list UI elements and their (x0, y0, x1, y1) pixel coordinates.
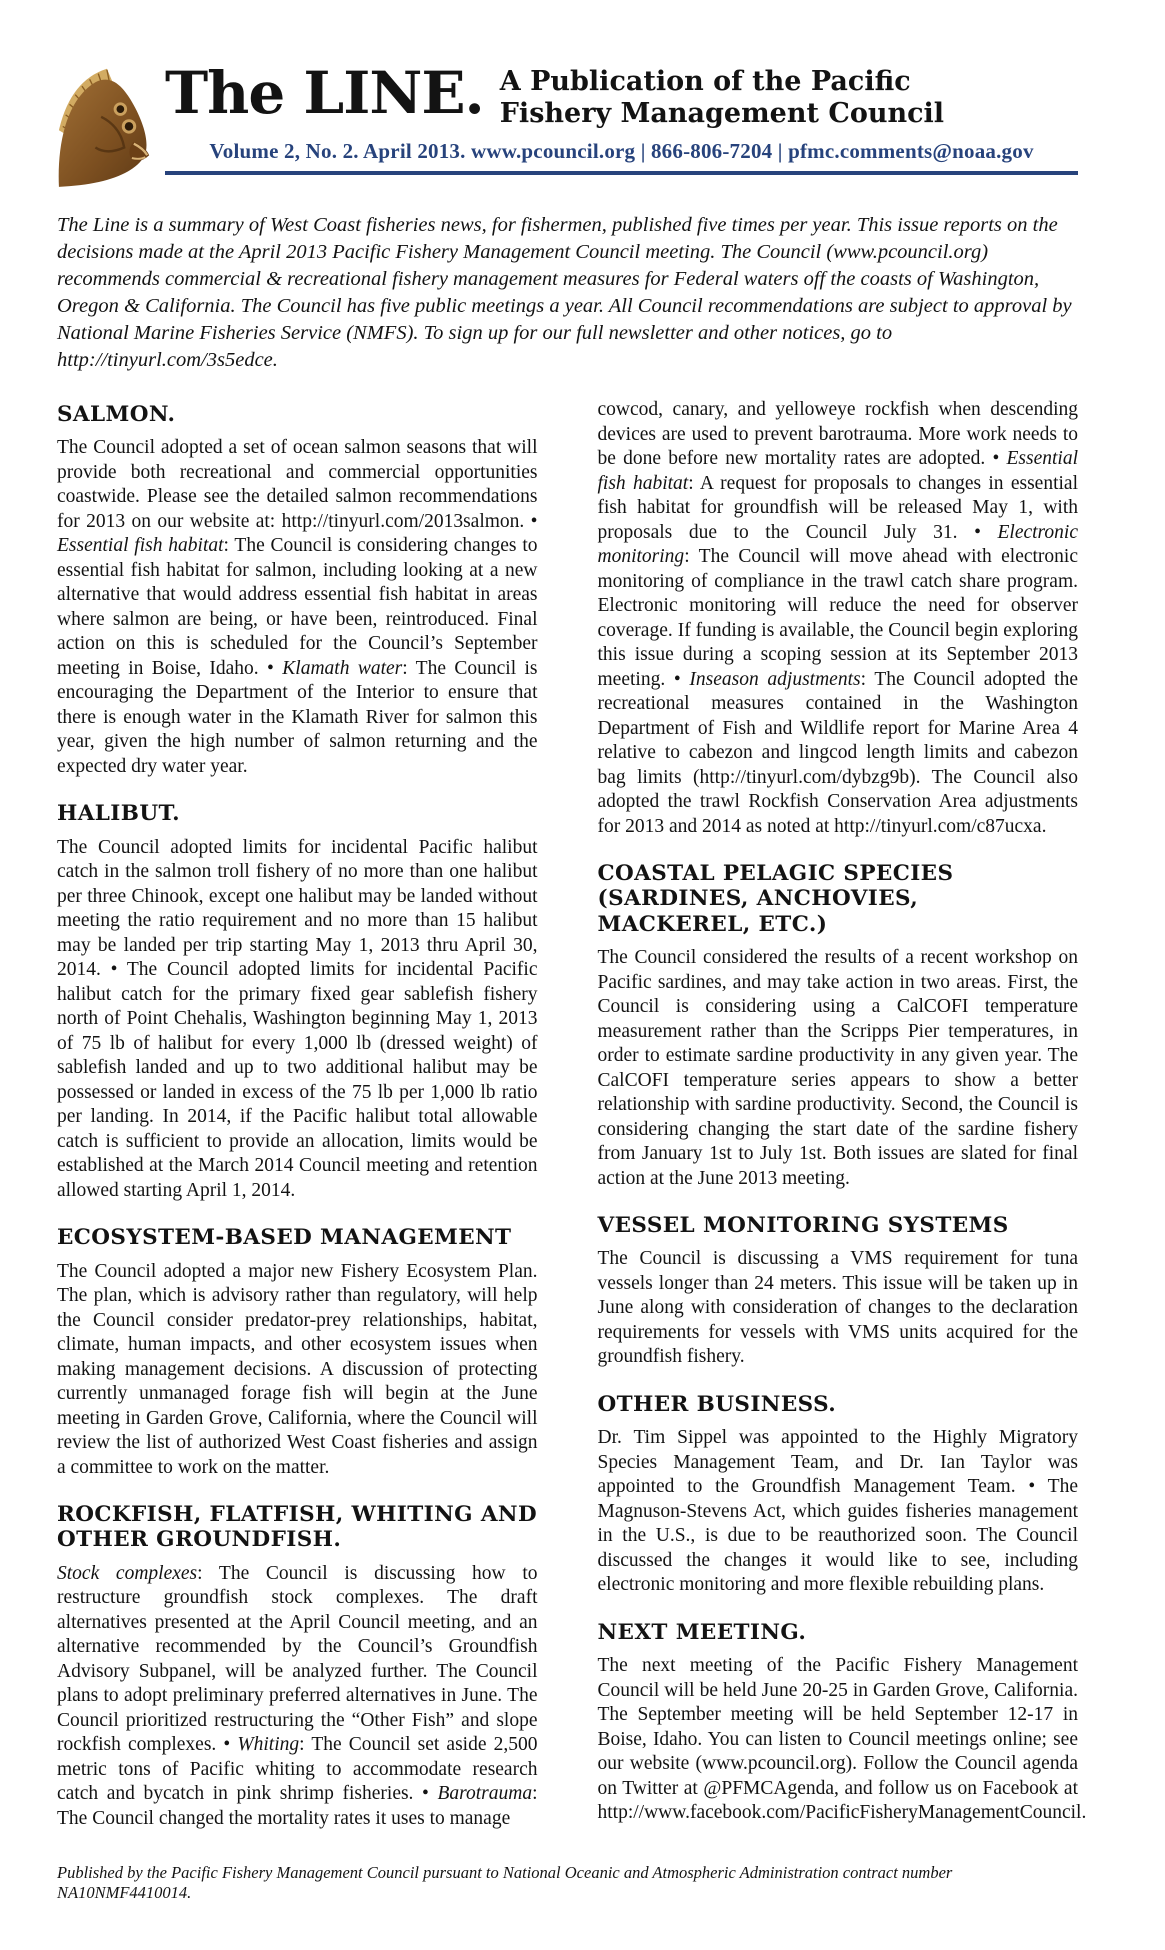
section-paragraph: The Council adopted a major new Fishery … (57, 1260, 538, 1481)
newsletter-tagline: A Publication of the Pacific Fishery Man… (500, 64, 944, 130)
section-heading: SALMON. (57, 402, 538, 427)
masthead-rule (165, 171, 1078, 175)
newsletter-page: The LINE. A Publication of the Pacific F… (0, 0, 1165, 1950)
left-column: SALMON.The Council adopted a set of ocea… (57, 398, 538, 1837)
right-column: cowcod, canary, and yelloweye rockfish w… (598, 398, 1079, 1837)
publication-footer-note: Published by the Pacific Fishery Managem… (57, 1863, 1078, 1903)
section-heading: OTHER BUSINESS. (598, 1392, 1079, 1417)
section-paragraph: The Council is discussing a VMS requirem… (598, 1247, 1079, 1370)
newsletter-title: The LINE. (165, 64, 484, 122)
flounder-fish-icon (57, 58, 153, 190)
section-paragraph: The Council adopted a set of ocean salmo… (57, 436, 538, 779)
section-heading: VESSEL MONITORING SYSTEMS (598, 1213, 1079, 1238)
masthead: The LINE. A Publication of the Pacific F… (57, 58, 1078, 190)
section-heading: ECOSYSTEM-BASED MANAGEMENT (57, 1225, 538, 1250)
section-heading: COASTAL PELAGIC SPECIES (SARDINES, ANCHO… (598, 861, 1079, 937)
intro-paragraph: The Line is a summary of West Coast fish… (57, 212, 1078, 374)
masthead-text-block: The LINE. A Publication of the Pacific F… (165, 58, 1078, 175)
section-paragraph: Dr. Tim Sippel was appointed to the High… (598, 1426, 1079, 1598)
section-heading: HALIBUT. (57, 801, 538, 826)
section-paragraph: The Council considered the results of a … (598, 946, 1079, 1191)
volume-contact-line: Volume 2, No. 2. April 2013. www.pcounci… (165, 139, 1078, 164)
section-heading: ROCKFISH, FLATFISH, WHITING AND OTHER GR… (57, 1502, 538, 1553)
section-paragraph: cowcod, canary, and yelloweye rockfish w… (598, 398, 1079, 839)
article-columns: SALMON.The Council adopted a set of ocea… (57, 398, 1078, 1837)
tagline-line-2: Fishery Management Council (500, 98, 944, 130)
flounder-fish-illustration (57, 58, 153, 190)
section-paragraph: The next meeting of the Pacific Fishery … (598, 1654, 1079, 1826)
tagline-line-1: A Publication of the Pacific (500, 66, 944, 98)
section-heading: NEXT MEETING. (598, 1620, 1079, 1645)
section-paragraph: The Council adopted limits for incidenta… (57, 836, 538, 1204)
section-paragraph: Stock complexes: The Council is discussi… (57, 1562, 538, 1832)
